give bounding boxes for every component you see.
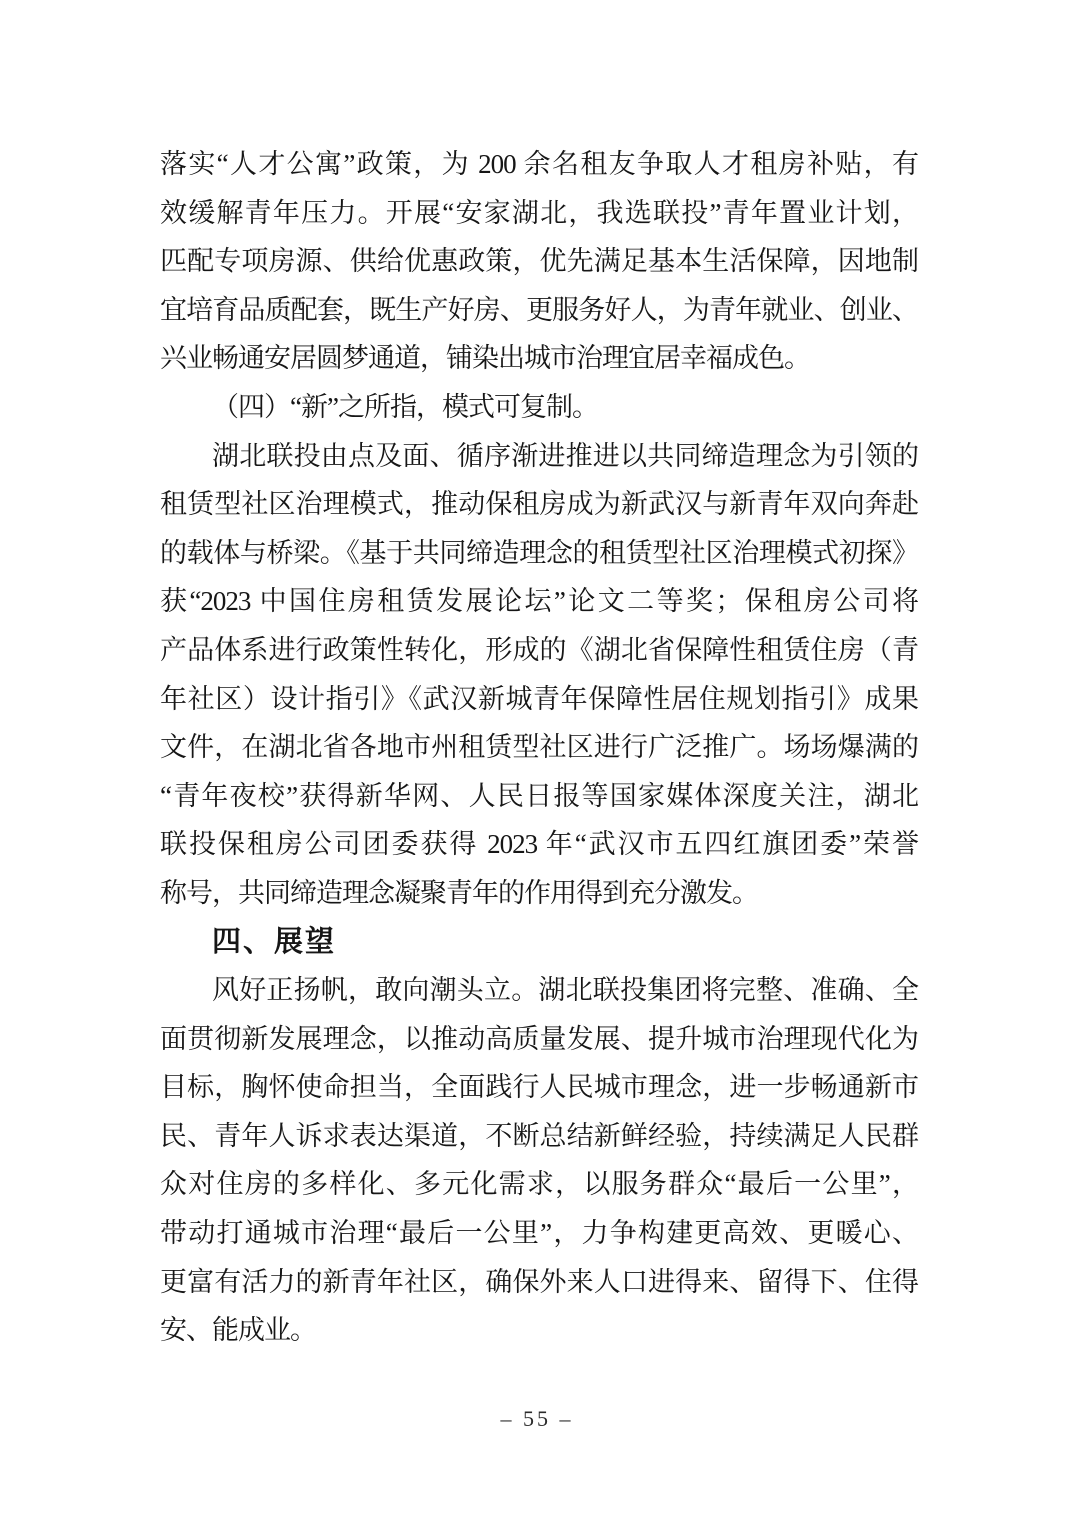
text-line: 众对住房的多样化、多元化需求，以服务群众“最后一公里”，: [160, 1160, 918, 1209]
text-line: 安、能成业。: [160, 1306, 918, 1355]
text-line: 租赁型社区治理模式，推动保租房成为新武汉与新青年双向奔赴: [160, 480, 918, 529]
document-page: 落实“人才公寓”政策，为 200 余名租友争取人才租房补贴，有 效缓解青年压力。…: [0, 0, 1074, 1520]
text-line: 风好正扬帆，敢向潮头立。湖北联投集团将完整、准确、全: [160, 966, 918, 1015]
subsection-heading: （四）“新”之所指，模式可复制。: [160, 383, 918, 432]
text-line: 获“2023 中国住房租赁发展论坛”论文二等奖；保租房公司将: [160, 577, 918, 626]
text-line: 湖北联投由点及面、循序渐进推进以共同缔造理念为引领的: [160, 432, 918, 481]
text-line: 宜培育品质配套，既生产好房、更服务好人，为青年就业、创业、: [160, 286, 918, 335]
text-line: 带动打通城市治理“最后一公里”，力争构建更高效、更暖心、: [160, 1209, 918, 1258]
text-line: 目标，胸怀使命担当，全面践行人民城市理念，进一步畅通新市: [160, 1063, 918, 1112]
page-number: – 55 –: [0, 1406, 1074, 1432]
text-line: 联投保租房公司团委获得 2023 年“武汉市五四红旗团委”荣誉: [160, 820, 918, 869]
text-line: 年社区）设计指引》《武汉新城青年保障性居住规划指引》成果: [160, 675, 918, 724]
text-line: 更富有活力的新青年社区，确保外来人口进得来、留得下、住得: [160, 1258, 918, 1307]
section-heading-outlook: 四、展望: [160, 918, 918, 967]
text-line: 民、青年人诉求表达渠道，不断总结新鲜经验，持续满足人民群: [160, 1112, 918, 1161]
text-line: 匹配专项房源、供给优惠政策，优先满足基本生活保障，因地制: [160, 237, 918, 286]
text-line: 文件，在湖北省各地市州租赁型社区进行广泛推广。场场爆满的: [160, 723, 918, 772]
text-line: “青年夜校”获得新华网、人民日报等国家媒体深度关注，湖北: [160, 772, 918, 821]
text-line: 产品体系进行政策性转化，形成的《湖北省保障性租赁住房（青: [160, 626, 918, 675]
text-line: 称号，共同缔造理念凝聚青年的作用得到充分激发。: [160, 869, 918, 918]
text-line: 的载体与桥梁。《基于共同缔造理念的租赁型社区治理模式初探》: [160, 529, 918, 578]
document-body: 落实“人才公寓”政策，为 200 余名租友争取人才租房补贴，有 效缓解青年压力。…: [160, 140, 918, 1355]
text-line: 兴业畅通安居圆梦通道，铺染出城市治理宜居幸福成色。: [160, 334, 918, 383]
text-line: 落实“人才公寓”政策，为 200 余名租友争取人才租房补贴，有: [160, 140, 918, 189]
text-line: 面贯彻新发展理念，以推动高质量发展、提升城市治理现代化为: [160, 1015, 918, 1064]
text-line: 效缓解青年压力。开展“安家湖北，我选联投”青年置业计划，: [160, 189, 918, 238]
